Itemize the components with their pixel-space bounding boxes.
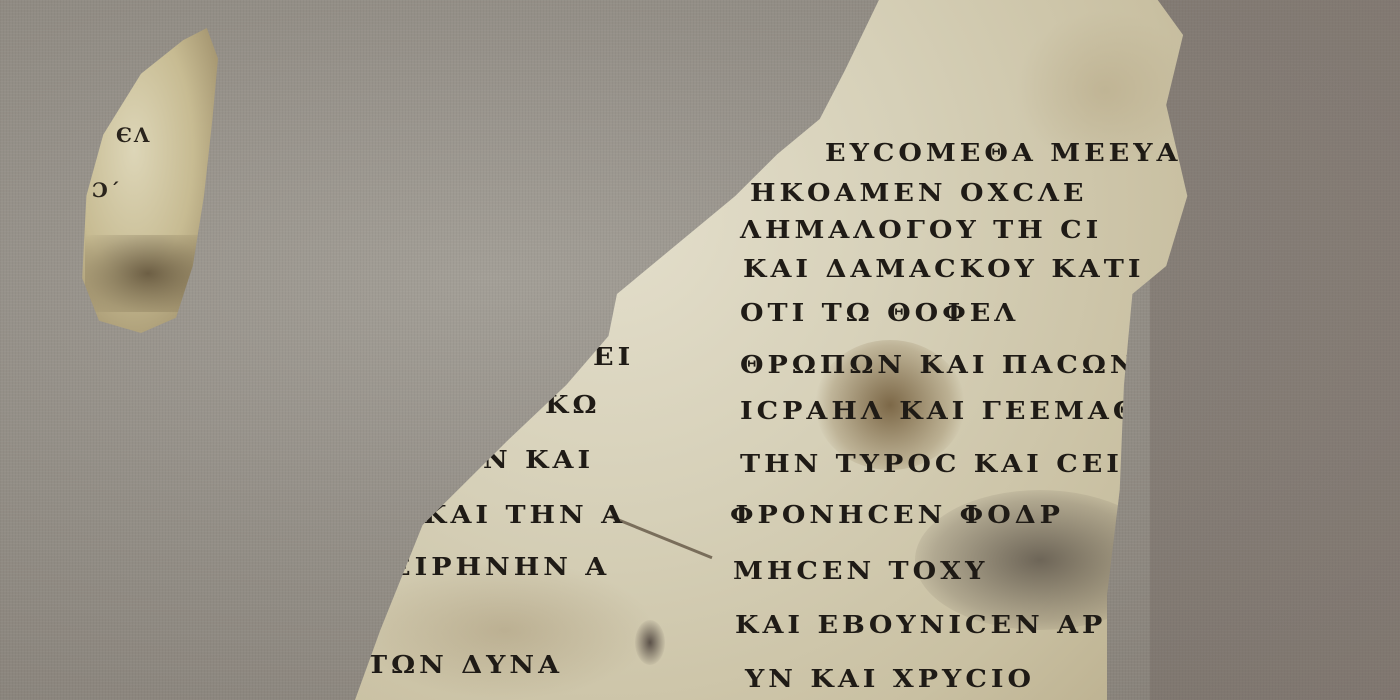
text-line: ΜΗϹΕΝ ΤΟΧΥ — [733, 558, 988, 586]
text-line: ΕΙΡΗΝΗΝ Α — [390, 554, 610, 582]
text-line: Ν ΚΑΙ — [483, 447, 594, 475]
text-line: ΙϹΡΑΗΛ ΚΑΙ ΓΕΕΜΑΘ — [740, 398, 1140, 426]
text-line: ΥΝ ΚΑΙ ΧΡΥϹΙΟ — [745, 666, 1035, 694]
text-line: ΦΡΟΝΗϹΕΝ ΦΟΔΡ — [730, 502, 1064, 530]
text-line: ΕΥϹΟΜΕΘΑ ΜΕΕΥΑ — [825, 140, 1181, 168]
text-line: ΘΡΩΠΩΝ ΚΑΙ ΠΑϹΩΝ — [740, 352, 1139, 380]
fabric-shadow — [1150, 0, 1400, 700]
text-line: ΤΗΝ ΤΥΡΟϹ ΚΑΙ ϹΕΙ. — [740, 451, 1136, 479]
text-line: ΚΑΙ ΔΑΜΑϹΚΟΥ ΚΑΤΙ — [743, 256, 1144, 284]
text-line: ΚΑΙ ΤΗΝ Α — [423, 502, 626, 530]
text-line: ΛΗΜΑΛΟΓΟΥ ΤΗ ϹΙ — [740, 217, 1102, 245]
text-line: ΕΙ — [593, 344, 634, 372]
text-line: ΚΑΙ ΕΒΟΥΝΙϹΕΝ ΑΡ — [735, 612, 1106, 640]
small-fragment-line: Ɔ΄ — [92, 178, 122, 202]
text-line: ΗΚΟΑΜΕΝ ΟΧϹΛΕ — [750, 180, 1087, 208]
small-fragment-line: ЄΛ — [116, 123, 151, 147]
text-line: ΤΩΝ ΔΥΝΑ — [367, 652, 563, 680]
text-line: ΟΤΙ ΤΩ ΘΟΦΕΛ — [740, 300, 1019, 328]
